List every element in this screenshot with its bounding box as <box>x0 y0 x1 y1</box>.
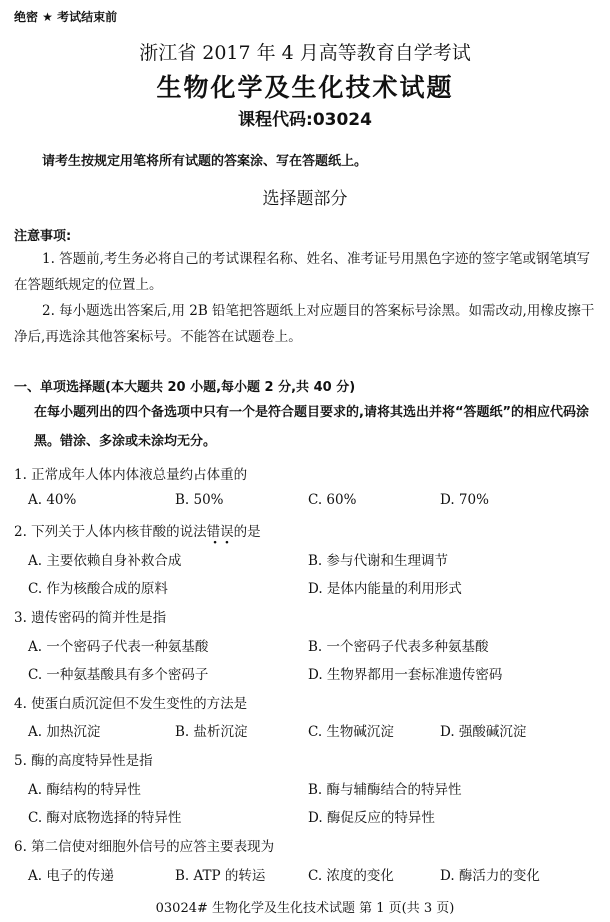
question-6-option-c: C. 浓度的变化 <box>308 864 394 884</box>
question-2-stem-start: 2. 下列关于人体内核苷酸的说法 <box>14 524 207 540</box>
part-description: 在每小题列出的四个备选项中只有一个是符合题目要求的,请将其选出并将“答题纸”的相… <box>34 398 599 456</box>
question-4-option-b: B. 盐析沉淀 <box>175 720 248 740</box>
question-3-option-b: B. 一个密码子代表多种氨基酸 <box>308 635 489 655</box>
question-2-option-a: A. 主要依赖自身补救合成 <box>28 549 181 569</box>
question-2-option-d: D. 是体内能量的利用形式 <box>308 577 462 597</box>
question-6-option-b: B. ATP 的转运 <box>175 864 265 884</box>
question-5-option-c: C. 酶对底物选择的特异性 <box>28 806 181 826</box>
course-code: 课程代码:03024 <box>0 105 610 130</box>
question-1-option-c: C. 60% <box>308 492 356 508</box>
confidential-label: 绝密 ★ 考试结束前 <box>14 8 117 25</box>
question-2-emphasis: 错误 <box>207 524 234 540</box>
question-2-stem: 2. 下列关于人体内核苷酸的说法错误的是 <box>14 520 261 540</box>
notice-heading: 注意事项: <box>14 225 71 244</box>
question-1-stem: 1. 正常成年人体内体液总量约占体重的 <box>14 463 247 483</box>
question-4-option-c: C. 生物碱沉淀 <box>308 720 394 740</box>
question-5-option-b: B. 酶与辅酶结合的特异性 <box>308 778 462 798</box>
question-6-option-d: D. 酶活力的变化 <box>440 864 540 884</box>
question-5-option-d: D. 酶促反应的特异性 <box>308 806 435 826</box>
part-heading: 一、单项选择题(本大题共 20 小题,每小题 2 分,共 40 分) <box>14 376 355 395</box>
question-3-option-d: D. 生物界都用一套标准遗传密码 <box>308 663 502 683</box>
question-4-stem: 4. 使蛋白质沉淀但不发生变性的方法是 <box>14 692 247 712</box>
question-4-option-d: D. 强酸碱沉淀 <box>440 720 526 740</box>
section-title: 选择题部分 <box>0 184 610 209</box>
question-5-option-a: A. 酶结构的特异性 <box>28 778 141 798</box>
question-5-stem: 5. 酶的高度特异性是指 <box>14 749 153 769</box>
question-6-stem: 6. 第二信使对细胞外信号的应答主要表现为 <box>14 835 274 855</box>
question-1-option-b: B. 50% <box>175 492 224 508</box>
question-3-option-a: A. 一个密码子代表一种氨基酸 <box>28 635 208 655</box>
question-2-option-c: C. 作为核酸合成的原料 <box>28 577 168 597</box>
page-footer: 03024# 生物化学及生化技术试题 第 1 页(共 3 页) <box>0 897 610 916</box>
notice-item-2: 2. 每小题选出答案后,用 2B 铅笔把答题纸上对应题目的答案标号涂黑。如需改动… <box>14 298 596 350</box>
question-3-option-c: C. 一种氨基酸具有多个密码子 <box>28 663 208 683</box>
answer-instruction: 请考生按规定用笔将所有试题的答案涂、写在答题纸上。 <box>42 150 367 169</box>
subject-title: 生物化学及生化技术试题 <box>0 68 610 104</box>
notice-item-1: 1. 答题前,考生务必将自己的考试课程名称、姓名、准考证号用黑色字迹的签字笔或钢… <box>14 246 596 298</box>
question-4-option-a: A. 加热沉淀 <box>28 720 100 740</box>
question-2-stem-end: 的是 <box>234 524 261 540</box>
question-1-option-a: A. 40% <box>28 492 76 508</box>
exam-name: 浙江省 2017 年 4 月高等教育自学考试 <box>0 38 610 65</box>
question-6-option-a: A. 电子的传递 <box>28 864 114 884</box>
question-2-option-b: B. 参与代谢和生理调节 <box>308 549 448 569</box>
question-1-option-d: D. 70% <box>440 492 489 508</box>
question-3-stem: 3. 遗传密码的简并性是指 <box>14 606 166 626</box>
